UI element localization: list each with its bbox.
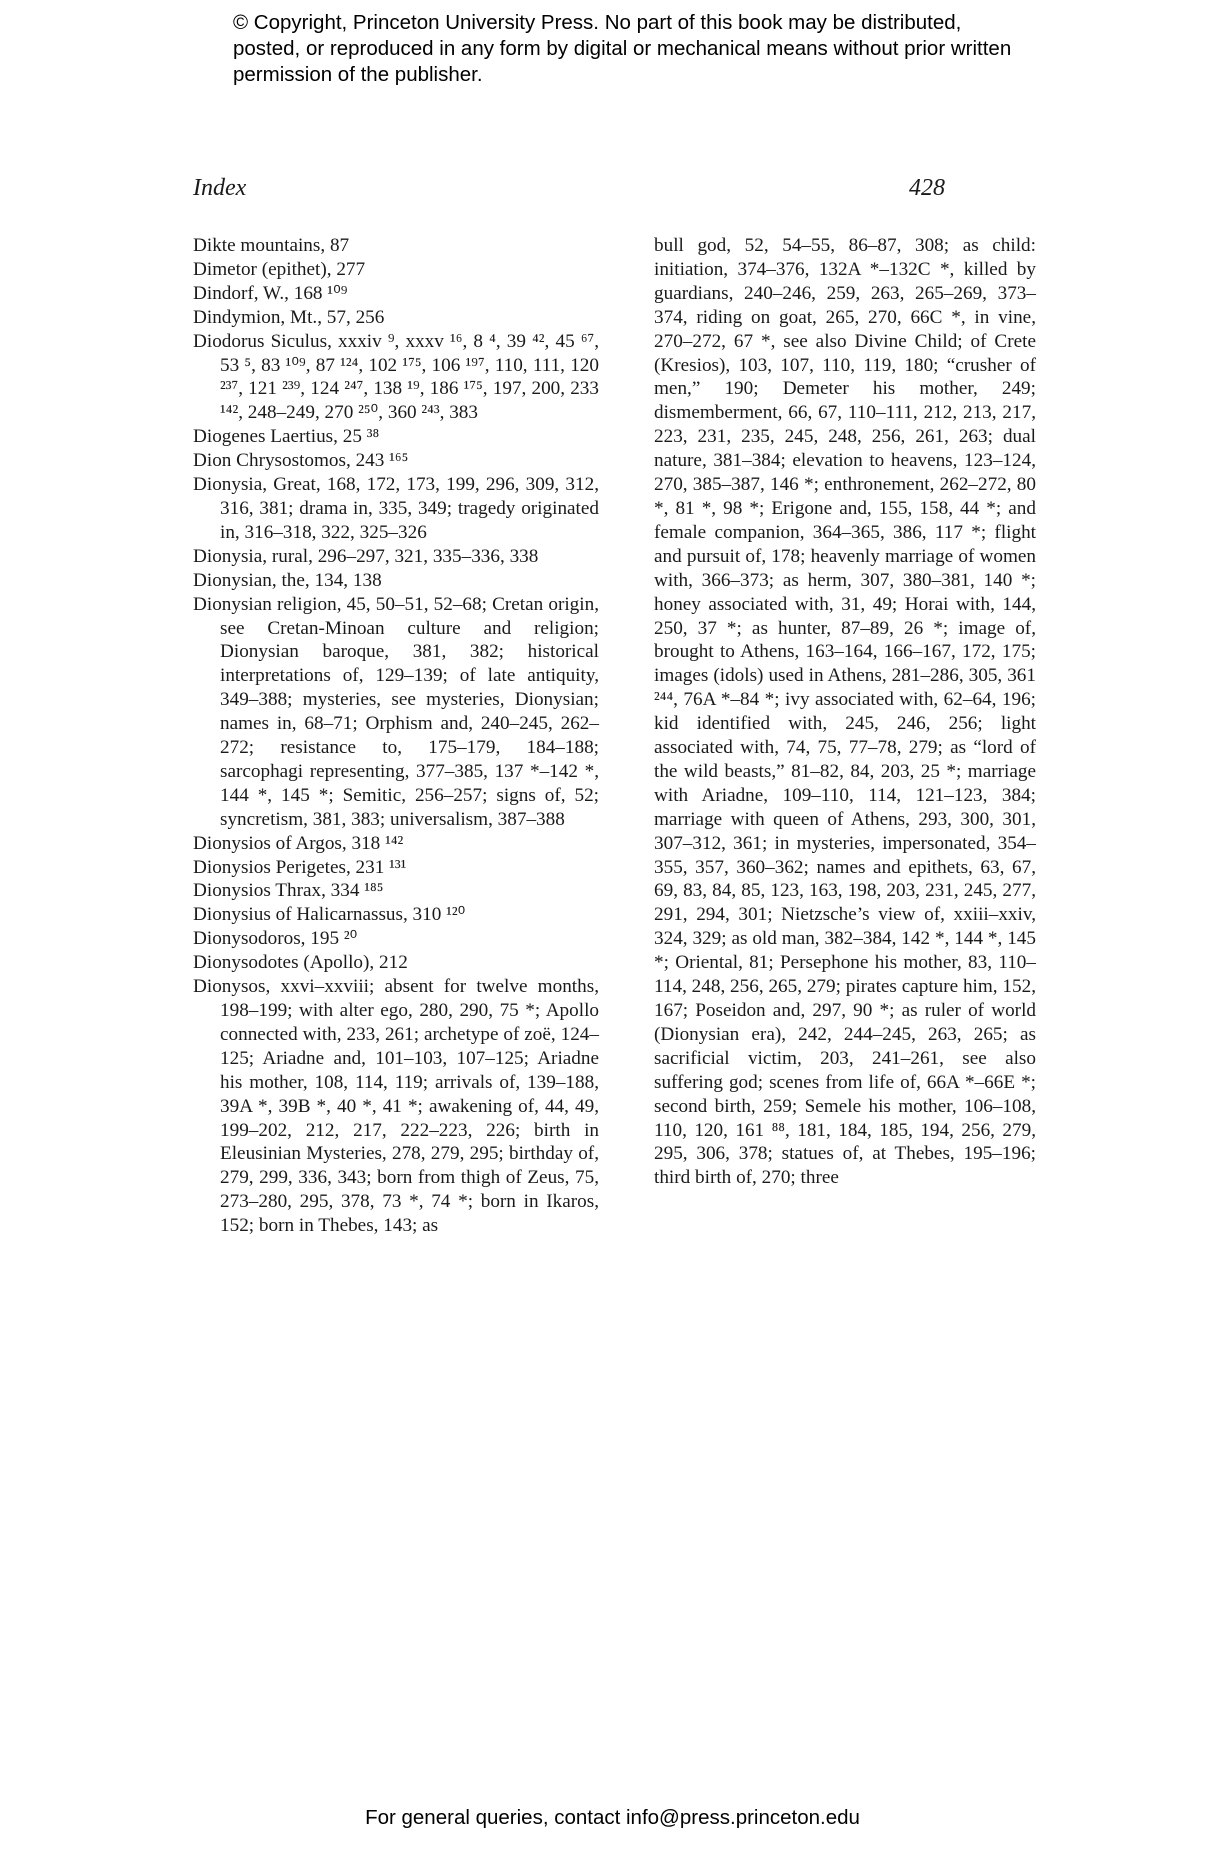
index-entry: Dindymion, Mt., 57, 256 [193,306,599,330]
index-entry: Dion Chrysostomos, 243 ¹⁶⁵ [193,449,599,473]
index-entry: Dionysos, xxvi–xxviii; absent for twelve… [193,975,599,1238]
contact-notice: For general queries, contact info@press.… [0,1805,1225,1831]
index-entry: Dionysios Perigetes, 231 ¹³¹ [193,856,599,880]
index-entry: Dikte mountains, 87 [193,234,599,258]
index-entry: Dionysia, Great, 168, 172, 173, 199, 296… [193,473,599,545]
index-entry: Dionysodotes (Apollo), 212 [193,951,599,975]
index-left-column: Dikte mountains, 87 Dimetor (epithet), 2… [193,234,599,1238]
index-right-column: bull god, 52, 54–55, 86–87, 308; as chil… [654,234,1036,1190]
index-entry: Dionysia, rural, 296–297, 321, 335–336, … [193,545,599,569]
running-head-title: Index [193,173,246,203]
index-entry: Dionysius of Halicarnassus, 310 ¹²⁰ [193,903,599,927]
index-entry: Dimetor (epithet), 277 [193,258,599,282]
index-entry: Dionysodoros, 195 ²⁰ [193,927,599,951]
index-entry: Diogenes Laertius, 25 ³⁸ [193,425,599,449]
index-entry: Dionysios Thrax, 334 ¹⁸⁵ [193,879,599,903]
index-entry-continuation: bull god, 52, 54–55, 86–87, 308; as chil… [654,234,1036,1190]
index-entry: Dindorf, W., 168 ¹⁰⁹ [193,282,599,306]
index-entry: Dionysian, the, 134, 138 [193,569,599,593]
index-entry: Dionysian religion, 45, 50–51, 52–68; Cr… [193,593,599,832]
page-number: 428 [909,173,945,203]
index-entry: Dionysios of Argos, 318 ¹⁴² [193,832,599,856]
copyright-notice: © Copyright, Princeton University Press.… [233,10,1013,88]
index-entry: Diodorus Siculus, xxxiv ⁹, xxxv ¹⁶, 8 ⁴,… [193,330,599,426]
